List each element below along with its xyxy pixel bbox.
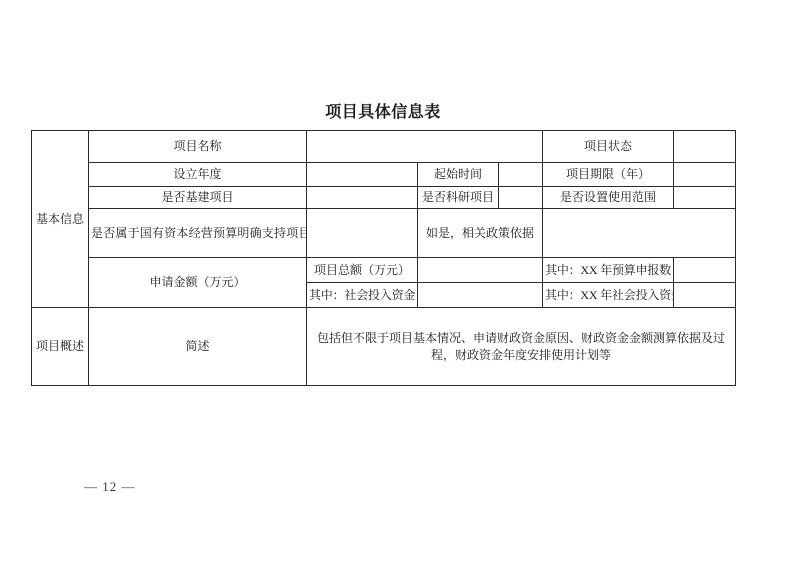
value-cell-usage-scope (674, 187, 736, 209)
label-start-time: 起始时间 (418, 163, 499, 187)
label-application-amount: 申请金额（万元） (89, 258, 307, 308)
label-is-research: 是否科研项目 (418, 187, 499, 209)
page-number: — 12 — (84, 479, 136, 495)
value-cell-project-name (307, 131, 543, 163)
overview-note-text: 包括但不限于项目基本情况、申请财政资金原因、财政资金金额测算依据及过程，财政资金… (307, 308, 736, 386)
table-row: 设立年度 起始时间 项目期限（年） (32, 163, 736, 187)
value-cell-is-research (499, 187, 543, 209)
label-project-total-amount: 项目总额（万元） (307, 258, 418, 283)
value-cell-soe-budget-supported (307, 209, 418, 258)
section-label-project-overview: 项目概述 (32, 308, 89, 386)
table-row: 项目概述 简述 包括但不限于项目基本情况、申请财政资金原因、财政资金金额测算依据… (32, 308, 736, 386)
value-cell-project-status (674, 131, 736, 163)
label-project-duration: 项目期限（年） (543, 163, 674, 187)
label-is-construction: 是否基建项目 (89, 187, 307, 209)
document-title: 项目具体信息表 (31, 99, 735, 122)
value-cell-project-duration (674, 163, 736, 187)
project-info-table: 基本信息 项目名称 项目状态 设立年度 起始时间 项目期限（年） 是否基建项目 … (31, 130, 736, 386)
value-cell-social-investment (418, 283, 543, 308)
table-row: 申请金额（万元） 项目总额（万元） 其中：XX 年预算申报数 (32, 258, 736, 283)
value-cell-establish-year (307, 163, 418, 187)
value-cell-budget-declared (674, 258, 736, 283)
label-social-investment: 其中：社会投入资金 (307, 283, 418, 308)
label-budget-declared: 其中：XX 年预算申报数 (543, 258, 674, 283)
value-cell-project-total-amount (418, 258, 543, 283)
table-row: 是否基建项目 是否科研项目 是否设置使用范围 (32, 187, 736, 209)
value-cell-policy-basis (543, 209, 736, 258)
label-establish-year: 设立年度 (89, 163, 307, 187)
label-brief-description: 简述 (89, 308, 307, 386)
section-label-basic-info: 基本信息 (32, 131, 89, 308)
table-row: 是否属于国有资本经营预算明确支持项目 如是，相关政策依据 (32, 209, 736, 258)
label-social-investment-year: 其中：XX 年社会投入资金 (543, 283, 674, 308)
value-cell-is-construction (307, 187, 418, 209)
document-page: 项目具体信息表 基本信息 项目名称 项目状态 设立年度 起始时间 (0, 0, 800, 565)
label-soe-budget-supported: 是否属于国有资本经营预算明确支持项目 (89, 209, 307, 258)
value-cell-start-time (499, 163, 543, 187)
table-row: 基本信息 项目名称 项目状态 (32, 131, 736, 163)
label-project-status: 项目状态 (543, 131, 674, 163)
label-policy-basis: 如是，相关政策依据 (418, 209, 543, 258)
label-usage-scope: 是否设置使用范围 (543, 187, 674, 209)
value-cell-social-investment-year (674, 283, 736, 308)
label-project-name: 项目名称 (89, 131, 307, 163)
